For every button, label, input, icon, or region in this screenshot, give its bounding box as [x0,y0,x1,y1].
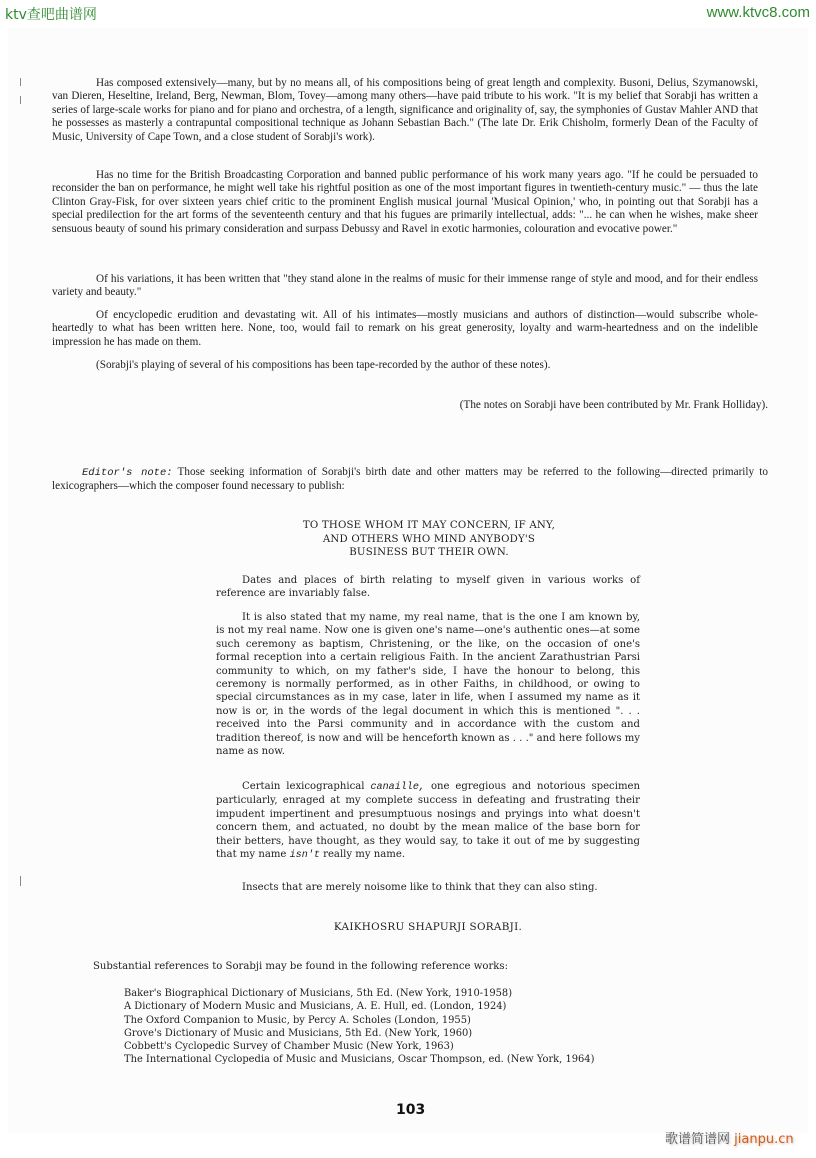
notice-paragraph-1: Dates and places of birth relating to my… [216,574,640,601]
paragraph-text: It is also stated that my name, my real … [216,611,640,758]
paragraph-text: Of his variations, it has been written t… [52,273,758,300]
watermark-bottom-right: 歌谱简谱网 jianpu.cn [665,1128,794,1147]
editors-note-label: Editor's note: [82,467,173,479]
references-list: Baker's Biographical Dictionary of Music… [124,987,594,1067]
notice-paragraph-4: Insects that are merely noisome like to … [216,881,640,894]
watermark-domain: jianpu.cn [734,1132,793,1147]
reference-item: Baker's Biographical Dictionary of Music… [124,987,594,1000]
text-run: one egregious and notorious specimen par… [216,781,640,860]
page-number: 103 [396,1102,425,1118]
text-run: really my name. [323,849,405,860]
paragraph-text: Has composed extensively—many, but by no… [52,77,758,144]
reference-item: The Oxford Companion to Music, by Percy … [124,1014,594,1027]
notice-heading-line: AND OTHERS WHO MIND ANYBODY'S [216,533,642,547]
biography-paragraph-4: Of encyclopedic erudition and devastatin… [52,309,758,349]
signature: KAIKHOSRU SHAPURJI SORABJI. [216,921,640,933]
notice-paragraph-2: It is also stated that my name, my real … [216,611,640,758]
watermark-cn-text: 歌谱简谱网 [665,1132,730,1147]
margin-mark [20,96,21,104]
paragraph-text: (Sorabji's playing of several of his com… [52,359,758,372]
italic-term: canaille, [370,782,425,793]
notice-heading: TO THOSE WHOM IT MAY CONCERN, IF ANY, AN… [216,519,642,560]
notice-heading-line: BUSINESS BUT THEIR OWN. [216,546,642,560]
watermark-top-left: ktv查吧曲谱网 [5,4,97,24]
contributor-credit: (The notes on Sorabji have been contribu… [460,399,768,411]
paragraph-text: Of encyclopedic erudition and devastatin… [52,309,758,349]
reference-item: The International Cyclopedia of Music an… [124,1053,594,1066]
biography-paragraph-1: Has composed extensively—many, but by no… [52,77,758,144]
notice-paragraph-3: Certain lexicographical canaille, one eg… [216,780,640,862]
margin-mark [20,78,21,86]
paragraph-text: Has no time for the British Broadcasting… [52,169,758,236]
paragraph-text: Dates and places of birth relating to my… [216,574,640,601]
margin-mark [20,876,21,886]
reference-item: Grove's Dictionary of Music and Musician… [124,1027,594,1040]
biography-paragraph-5: (Sorabji's playing of several of his com… [52,359,758,372]
editors-note: Editor's note: Those seeking information… [66,466,768,494]
reference-item: A Dictionary of Modern Music and Musicia… [124,1000,594,1013]
notice-heading-line: TO THOSE WHOM IT MAY CONCERN, IF ANY, [216,519,642,533]
biography-paragraph-2: Has no time for the British Broadcasting… [52,169,758,236]
watermark-top-right: www.ktvc8.com [707,4,810,21]
editors-note-text: Editor's note: Those seeking information… [52,466,768,494]
italic-term: isn't [290,850,320,861]
paragraph-text: Insects that are merely noisome like to … [216,881,640,894]
text-run: Certain lexicographical [242,781,365,792]
references-intro: Substantial references to Sorabji may be… [93,961,508,972]
paragraph-text: Certain lexicographical canaille, one eg… [216,780,640,862]
biography-paragraph-3: Of his variations, it has been written t… [52,273,758,300]
reference-item: Cobbett's Cyclopedic Survey of Chamber M… [124,1040,594,1053]
